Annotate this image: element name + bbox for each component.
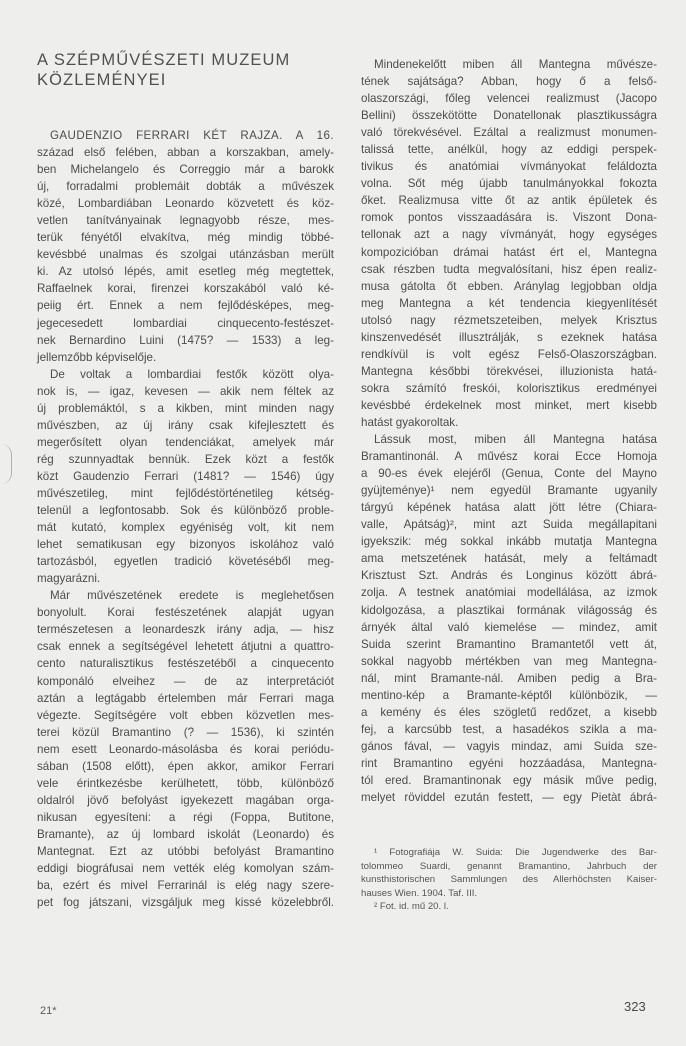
text-line: telenül a legfontosabb. Sok és különböző… — [37, 502, 334, 519]
text-line: igyekszik: még sokkal inkább mutatja Man… — [361, 533, 657, 550]
text-line: pet fog játszani, vizsgáljuk meg kissé k… — [37, 894, 334, 911]
footnote-line: hauses Wien. 1904. Taf. III. — [361, 887, 657, 901]
text-line: fej, a karcsúbb test, a hasadékos szikla… — [361, 721, 657, 738]
text-line: Mantegna későbbi törekvései, illuzionist… — [361, 363, 657, 380]
footnote-1: ¹ Fotografiája W. Suida: Die Jugendwerke… — [361, 846, 657, 860]
text-line: jegecesedett lombardiai cinquecento-fest… — [37, 315, 334, 332]
left-column: A SZÉPMŰVÉSZETI MUZEUM KÖZLEMÉNYEI GAUDE… — [37, 50, 334, 911]
text-line: Raffaelnek korai, firenzei korszakából v… — [37, 280, 334, 297]
text-line: művészetileg, mint fejlődéstörténetileg … — [37, 485, 334, 502]
text-line: megerősített olyan tendenciákat, amelyek… — [37, 434, 334, 451]
text-line: ben Michelangelo és Correggio már a baro… — [37, 161, 334, 178]
text-line: Mantegnat. Ezt az utóbbi befolyást Brama… — [37, 843, 334, 860]
text-line: ama metszetének hatását, mely a feltámad… — [361, 550, 657, 567]
journal-title: A SZÉPMŰVÉSZETI MUZEUM KÖZLEMÉNYEI — [37, 50, 334, 90]
text-line: vetlen tanítványainak legnagyobb része, … — [37, 212, 334, 229]
text-line: cento naturalisztikus festészetéből a ci… — [37, 655, 334, 672]
text-line: Bramante), az új lombard iskolát (Leonar… — [37, 826, 334, 843]
text-line: kevésbbé érdekelnek most minket, mert ki… — [361, 397, 657, 414]
text-line: tének sajátsága? Abban, hogy ő a felső- — [361, 73, 657, 90]
text-line: rendkívül is volt egész Felső-Olaszorszá… — [361, 346, 657, 363]
text-line: a 90-es évek elejéről (Genua, Conte del … — [361, 465, 657, 482]
text-line: tellonak azt a nagy vívmányát, hogy egys… — [361, 226, 657, 243]
text-line: Krisztust Szt. András és Longinus között… — [361, 567, 657, 584]
text-line: terei közül Bramantino (? — 1536), ki sz… — [37, 724, 334, 741]
document-page: A SZÉPMŰVÉSZETI MUZEUM KÖZLEMÉNYEI GAUDE… — [0, 0, 686, 1046]
text-line: utolsó nagy rézmetszeteiben, melyek Kris… — [361, 312, 657, 329]
text-line: Lássuk most, miben áll Mantegna hatása — [361, 431, 657, 448]
text-line: aztán a legtágabb értelemben már Ferrari… — [37, 690, 334, 707]
text-line: sokkal nagyobb mértékben van meg Mantegn… — [361, 653, 657, 670]
text-line: nikusan egyesíteni: a régi (Foppa, Butit… — [37, 809, 334, 826]
text-line: mentino-kép a Bramante-képtől különbözik… — [361, 687, 657, 704]
text-line: jellemzőbb képviselője. — [37, 349, 334, 366]
text-line: új, forradalmi problemáit dobták a művés… — [37, 178, 334, 195]
text-line: De voltak a lombardiai festők között oly… — [37, 366, 334, 383]
text-line: kinszenvedését illusztrálják, s ezeknek … — [361, 329, 657, 346]
text-line: lehet sematikusan egy bizonyos iskolához… — [37, 536, 334, 553]
text-line: sában (1508 előtt), épen akkor, amikor F… — [37, 758, 334, 775]
text-line: új problemáktól, s a kikben, mint minden… — [37, 400, 334, 417]
text-line: természetesen a leonardeszk irány adja, … — [37, 621, 334, 638]
text-line: nok is, — igaz, kevesen — akik nem félte… — [37, 383, 334, 400]
text-line: vele érintkezésbe kerülhetett, több, kül… — [37, 775, 334, 792]
right-column: Mindenekelőtt miben áll Mantegna művésze… — [361, 56, 657, 914]
journal-title-line-1: A SZÉPMŰVÉSZETI MUZEUM — [37, 50, 334, 70]
right-body-text: Mindenekelőtt miben áll Mantegna művésze… — [361, 56, 657, 806]
text-line: kompozicióban drámai hatást ért el, Mant… — [361, 244, 657, 261]
left-body-text: GAUDENZIO FERRARI KÉT RAJZA. A 16. száza… — [37, 127, 334, 911]
text-line: komponáló elveihez — de az interpretáció… — [37, 673, 334, 690]
text-line: a kemény és éles szögletű redőzet, a kis… — [361, 704, 657, 721]
text-line: csak ennek a segítségével lehetett átjut… — [37, 638, 334, 655]
text-line: ba, ezért és mivel Ferrarinál is elég na… — [37, 877, 334, 894]
text-line: tárgyú képének hatása alatt jött létre (… — [361, 499, 657, 516]
text-line: musa gátolta őt ebben. Aránylag legjobba… — [361, 278, 657, 295]
text-line: romok pontos visszaadására is. Viszont D… — [361, 209, 657, 226]
page-number: 323 — [624, 999, 646, 1014]
footnote-line: tolommeo Suardi, genannt Bramantino, Jah… — [361, 860, 657, 874]
text-line: zolja. A testnek anatómiai modellálása, … — [361, 584, 657, 601]
text-line: Már művészetének eredete is meglehetősen — [37, 587, 334, 604]
article-headline: GAUDENZIO FERRARI KÉT RAJZA. A 16. — [37, 127, 334, 144]
text-line: peiig ért. Ennek a nem fejlődésképes, me… — [37, 297, 334, 314]
text-line: árnyék által való kiemelése — mindez, am… — [361, 619, 657, 636]
journal-title-line-2: KÖZLEMÉNYEI — [37, 70, 334, 90]
text-line: nek Bernardino Luini (1475? — 1533) a le… — [37, 332, 334, 349]
text-line: művészben, az új irány csak kifejlesztet… — [37, 417, 334, 434]
text-line: gyüjteménye)¹ nem egyedül Bramante ugyan… — [361, 482, 657, 499]
text-line: század első felében, abban a korszakban,… — [37, 144, 334, 161]
signature-mark: 21* — [40, 1005, 57, 1017]
text-line: tól ered. Bramantinonak egy másik műve p… — [361, 772, 657, 789]
text-line: tartozásból, egyetlen tradició követéséb… — [37, 553, 334, 570]
text-line: olaszországi, főleg velencei realizmust … — [361, 90, 657, 107]
text-line: nál, mint Bramante-nál. Amiben pedig a B… — [361, 670, 657, 687]
text-line: tivikus és anatómiai vívmányokat feláldo… — [361, 158, 657, 175]
text-line: bonyolult. Korai festészetének alapját u… — [37, 604, 334, 621]
text-line: végezte. Segítségére volt ebben közvetle… — [37, 707, 334, 724]
spacer — [37, 90, 334, 127]
text-line: őket. Realizmusa vitte őt az antik épüle… — [361, 192, 657, 209]
footnote-line: kunsthistorischen Sammlungen des Allerhö… — [361, 873, 657, 887]
text-line: Mindenekelőtt miben áll Mantegna művésze… — [361, 56, 657, 73]
text-line: talissá tette, anélkül, hogy az eddigi p… — [361, 141, 657, 158]
footnotes: ¹ Fotografiája W. Suida: Die Jugendwerke… — [361, 846, 657, 914]
text-line: sokra számító freskói, kolorisztikus ere… — [361, 380, 657, 397]
text-line: nem esett Leonardo-másolásba és korai pe… — [37, 741, 334, 758]
text-line: kidolgozása, a plasztikai formának világ… — [361, 602, 657, 619]
text-line: oldalról jövő befolyást igyekezett magáb… — [37, 792, 334, 809]
text-line: közé, Lombardiában Leonardo közvetett és… — [37, 195, 334, 212]
text-line: volna. Sőt még újabb tanulmányokkal foko… — [361, 175, 657, 192]
text-line: valle, Apátság)², mint azt Suida megálla… — [361, 516, 657, 533]
text-line: Suida szerint Bramantino Bramantetől vet… — [361, 636, 657, 653]
spacer — [361, 806, 657, 846]
text-line: közt Gaudenzio Ferrari (1481? — 1546) úg… — [37, 468, 334, 485]
text-line: Bellini) összekötötte Donatellonak plasz… — [361, 107, 657, 124]
binding-mark — [1, 444, 12, 484]
text-line: ki. Az utolsó lépés, amit esetleg még me… — [37, 263, 334, 280]
text-line: való törekvésével. Ezáltal a realizmust … — [361, 124, 657, 141]
text-line: rég szunnyadtak bennük. Ezek közt a fest… — [37, 451, 334, 468]
text-line: hatást gyakoroltak. — [361, 414, 657, 431]
text-line: terük fényétől elvakítva, még mindig töb… — [37, 229, 334, 246]
text-line: magyarázni. — [37, 570, 334, 587]
text-line: mát kutató, komplex egyéniség volt, kit … — [37, 519, 334, 536]
text-line: csak részben tudta megvalósítani, hisz é… — [361, 261, 657, 278]
text-line: gános fával, — vagyis mindaz, ami Suida … — [361, 738, 657, 755]
text-line: melyet röviddel ezután festett, — egy Pi… — [361, 789, 657, 806]
text-line: eddigi biográfusai nem vették elég komol… — [37, 860, 334, 877]
text-line: Bramantinonál. A művész korai Ecce Homoj… — [361, 448, 657, 465]
footnote-2: ² Fot. id. mű 20. l. — [361, 900, 657, 914]
text-line: kevésbbé unalmas és szolgai utánzásban m… — [37, 246, 334, 263]
text-line: rint Bramantino egyéni hozzáadása, Mante… — [361, 755, 657, 772]
text-line: meg Mantegna a két tendencia kiegyenlíté… — [361, 295, 657, 312]
